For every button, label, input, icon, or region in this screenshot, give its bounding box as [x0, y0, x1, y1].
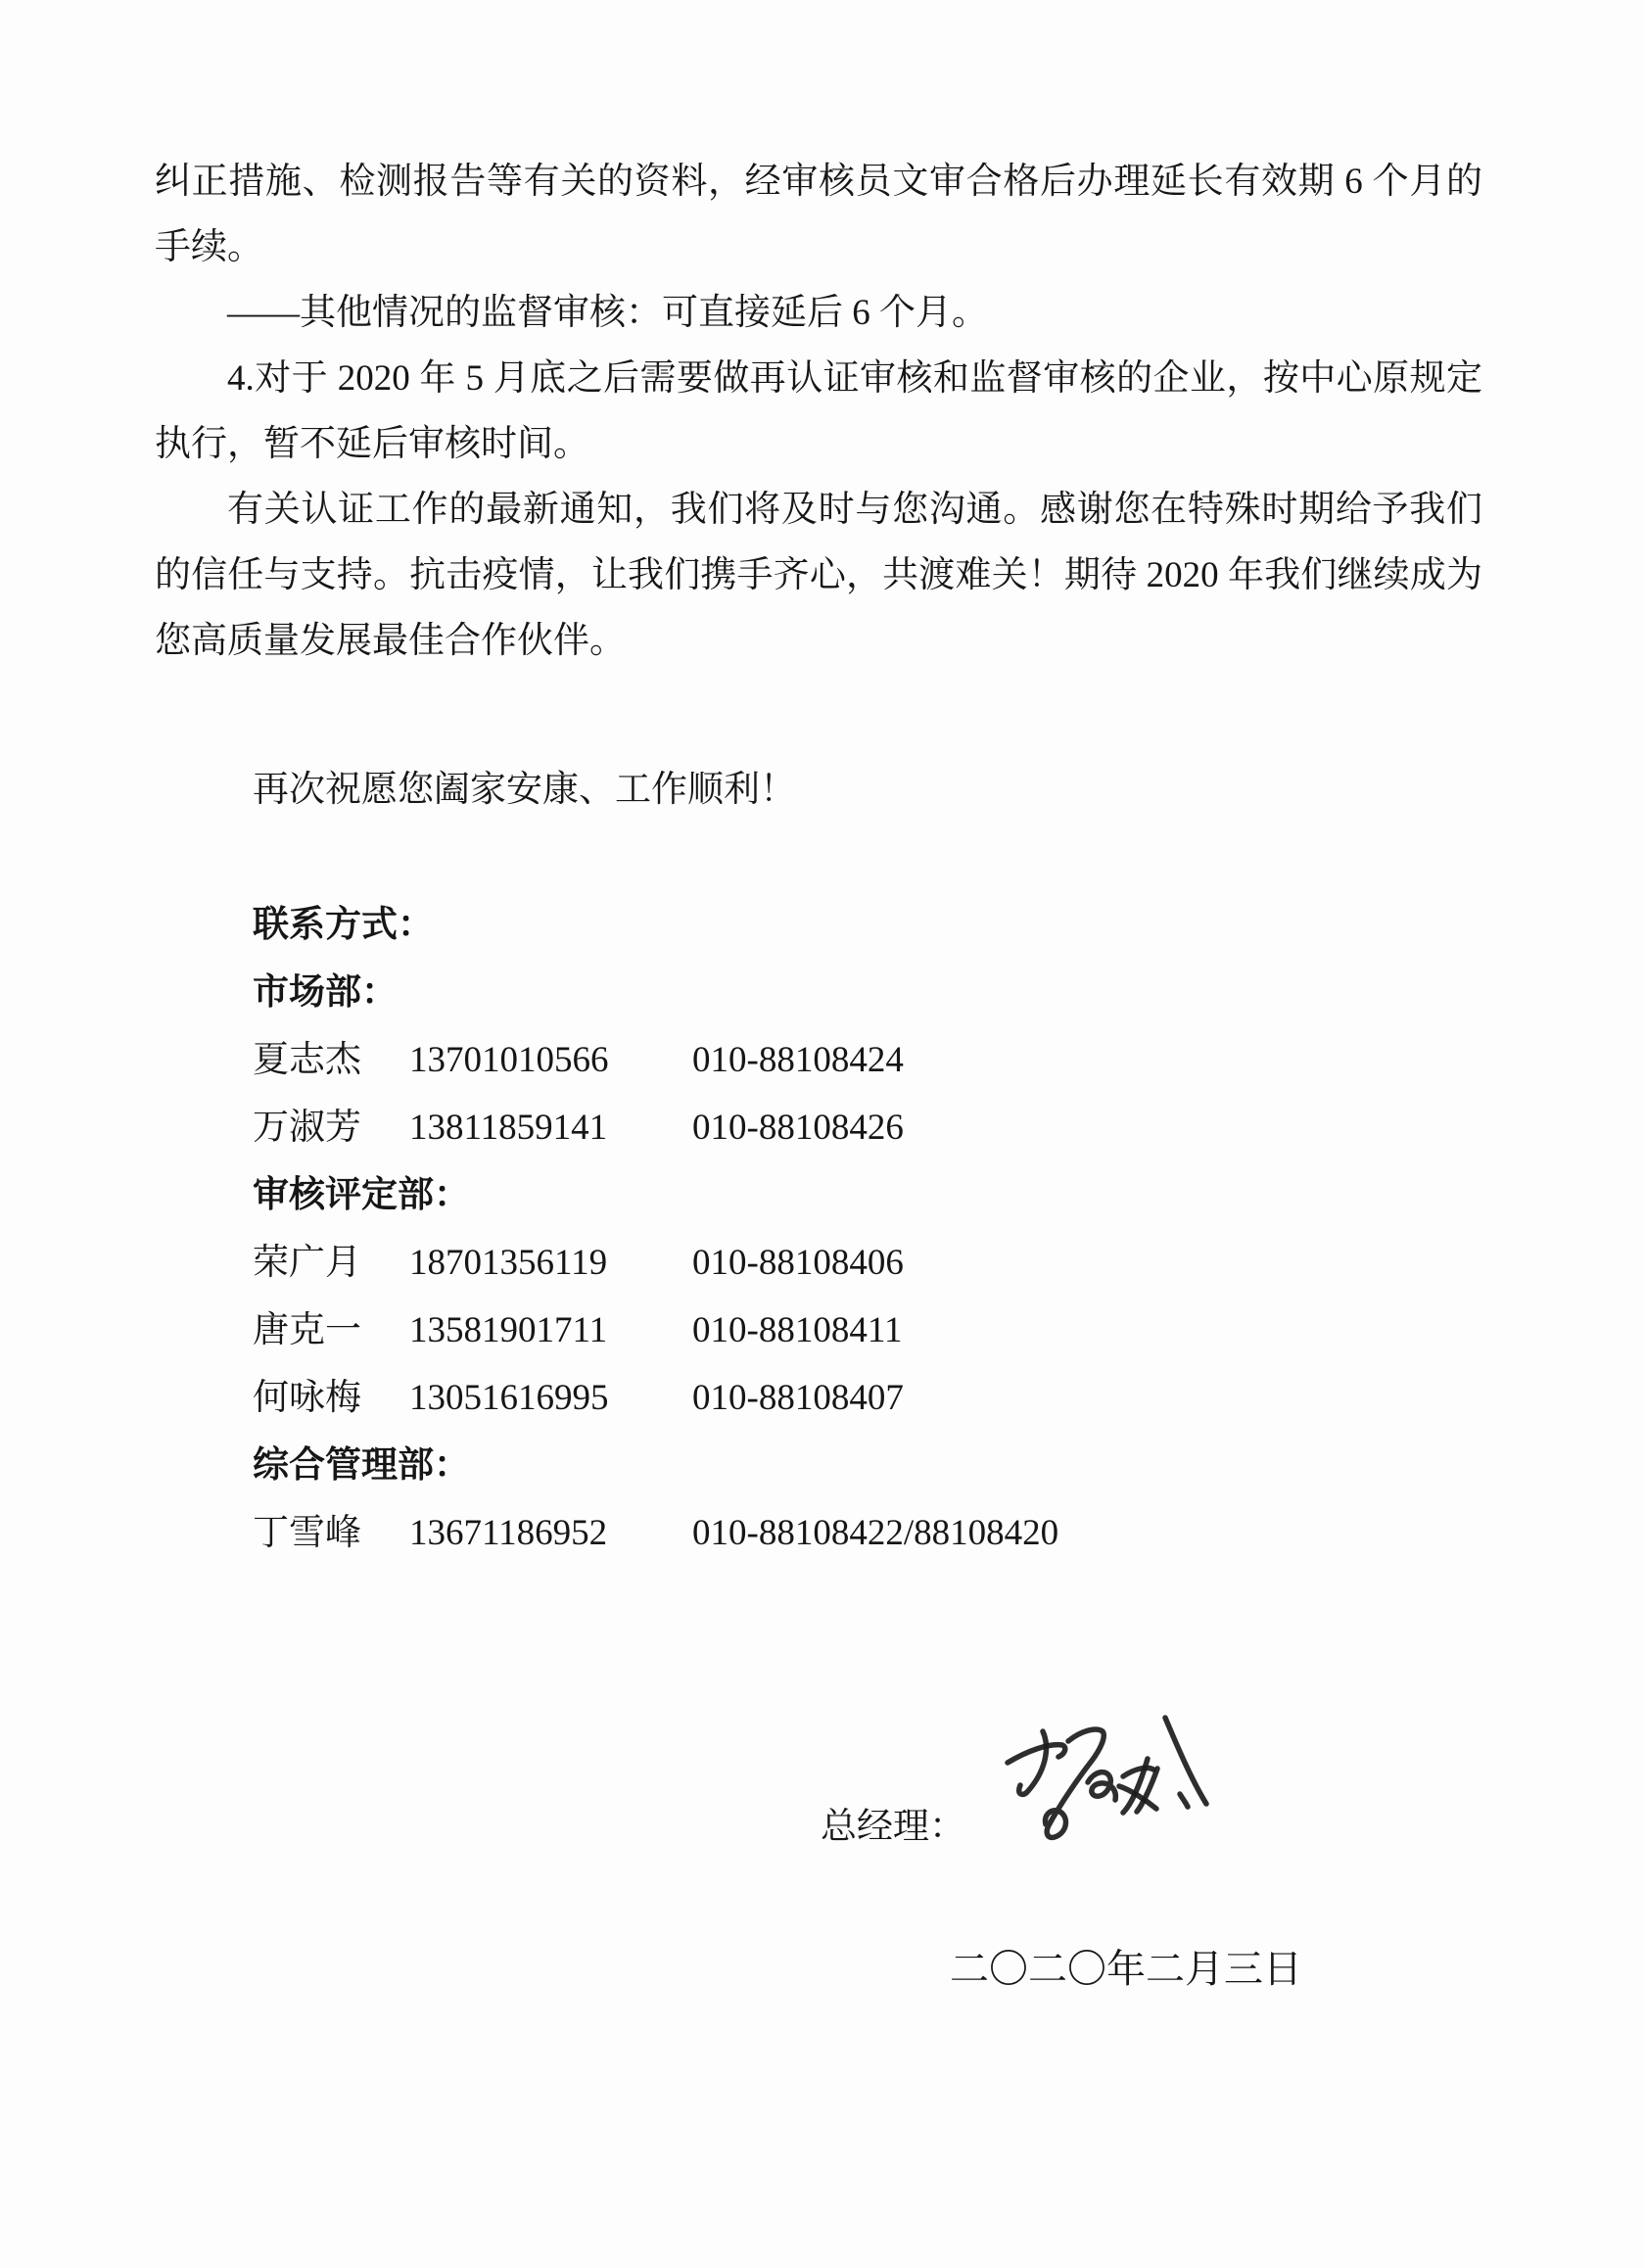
contact-person: 丁雪峰	[253, 1499, 409, 1567]
contact-row: 丁雪峰 13671186952 010-88108422/88108420	[253, 1499, 1482, 1567]
paragraph-item-4: 4.对于 2020 年 5 月底之后需要做再认证审核和监督审核的企业，按中心原规…	[155, 346, 1482, 477]
contact-row: 万淑芳 13811859141 010-88108426	[253, 1094, 1482, 1161]
contact-row: 唐克一 13581901711 010-88108411	[253, 1297, 1482, 1364]
contact-person: 唐克一	[253, 1297, 409, 1364]
contact-office: 010-88108422/88108420	[692, 1499, 1482, 1567]
paragraph-other-surveillance-audit: ——其他情况的监督审核：可直接延后 6 个月。	[155, 280, 1482, 346]
contact-row: 荣广月 18701356119 010-88108406	[253, 1229, 1482, 1297]
wish-line: 再次祝愿您阖家安康、工作顺利！	[253, 757, 1482, 823]
department-audit-evaluation-title: 审核评定部：	[253, 1161, 1482, 1229]
contact-person: 何咏梅	[253, 1364, 409, 1432]
contact-row: 何咏梅 13051616995 010-88108407	[253, 1364, 1482, 1432]
contact-mobile: 13811859141	[409, 1094, 692, 1161]
contact-mobile: 18701356119	[409, 1229, 692, 1297]
paragraph-corrective-measures: 纠正措施、检测报告等有关的资料，经审核员文审合格后办理延长有效期 6 个月的手续…	[155, 149, 1482, 280]
contact-office: 010-88108411	[692, 1297, 1482, 1364]
contact-mobile: 13671186952	[409, 1499, 692, 1567]
contact-mobile: 13701010566	[409, 1026, 692, 1094]
contact-office: 010-88108424	[692, 1026, 1482, 1094]
contact-mobile: 13051616995	[409, 1364, 692, 1432]
contact-office: 010-88108407	[692, 1364, 1482, 1432]
contact-person: 夏志杰	[253, 1026, 409, 1094]
department-marketing-title: 市场部：	[253, 959, 1482, 1026]
document-content: 纠正措施、检测报告等有关的资料，经审核员文审合格后办理延长有效期 6 个月的手续…	[155, 149, 1482, 2002]
contact-mobile: 13581901711	[409, 1297, 692, 1364]
department-general-management-title: 综合管理部：	[253, 1432, 1482, 1499]
document-page: 纠正措施、检测报告等有关的资料，经审核员文审合格后办理延长有效期 6 个月的手续…	[0, 0, 1644, 2268]
contact-office: 010-88108406	[692, 1229, 1482, 1297]
contacts-title: 联系方式：	[253, 891, 1482, 959]
handwritten-signature-icon	[994, 1712, 1219, 1844]
contact-person: 荣广月	[253, 1229, 409, 1297]
paragraph-closing-thanks: 有关认证工作的最新通知，我们将及时与您沟通。感谢您在特殊时期给予我们的信任与支持…	[155, 477, 1482, 674]
contact-row: 夏志杰 13701010566 010-88108424	[253, 1026, 1482, 1094]
contact-person: 万淑芳	[253, 1094, 409, 1161]
date-line: 二〇二〇年二月三日	[155, 1936, 1482, 2002]
contact-office: 010-88108426	[692, 1094, 1482, 1161]
general-manager-label: 总经理：	[821, 1807, 965, 1847]
signoff-row: 总经理：	[155, 1794, 1482, 1860]
contacts-block: 联系方式： 市场部： 夏志杰 13701010566 010-88108424 …	[253, 891, 1482, 1567]
